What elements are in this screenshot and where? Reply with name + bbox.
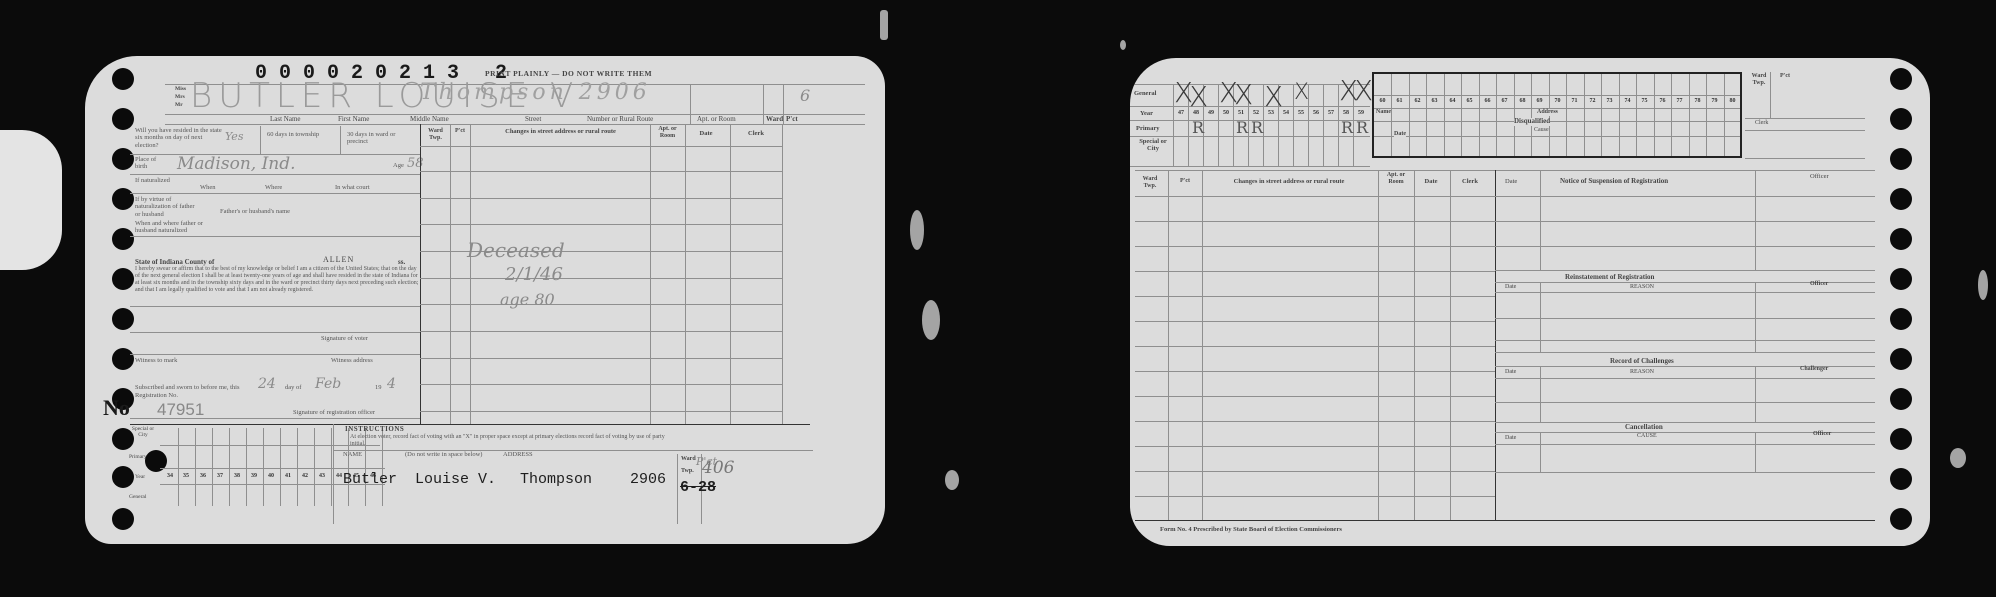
rule <box>160 445 380 446</box>
box-label-cause: Cause <box>1534 127 1549 134</box>
rule <box>348 428 349 506</box>
back-year: 55 <box>1294 110 1308 116</box>
rule <box>1135 170 1875 171</box>
back-ward-twp: Ward Twp. <box>1748 73 1770 86</box>
back-year: 71 <box>1566 98 1583 104</box>
rule <box>1202 170 1203 520</box>
rule <box>677 454 678 524</box>
rule <box>420 304 782 305</box>
rule <box>1374 95 1740 96</box>
punch-hole <box>1890 348 1912 370</box>
cancellation-cause-label: CAUSE <box>1637 433 1657 440</box>
handwritten-street: Thompson 2906 <box>420 80 651 105</box>
rule <box>333 424 334 524</box>
oath-text: I hereby swear or affirm that to the bes… <box>135 266 420 294</box>
punch-hole <box>112 466 134 488</box>
reg-no-label: Registration No. <box>135 392 178 399</box>
back-year: 60 <box>1374 98 1391 104</box>
change-header-pct: P'ct <box>451 128 469 135</box>
vote-year: 35 <box>179 473 193 479</box>
rule <box>1495 352 1875 353</box>
rule <box>1745 158 1865 159</box>
birth-value: Madison, Ind. <box>177 154 296 174</box>
rule <box>130 332 420 333</box>
back-year: 79 <box>1706 98 1723 104</box>
rule <box>1495 444 1875 445</box>
punch-hole <box>112 188 134 210</box>
note-deceased: Deceased <box>467 238 565 262</box>
challenges-title: Record of Challenges <box>1610 358 1674 366</box>
rule <box>1135 246 1495 247</box>
rule <box>229 428 230 506</box>
cancellation-date-label: Date <box>1505 435 1516 442</box>
naturalized-court: In what court <box>335 184 370 191</box>
rule <box>1391 74 1392 156</box>
rule <box>420 198 782 199</box>
rule <box>130 424 810 425</box>
change-header-date: Date <box>686 130 726 137</box>
naturalized-where: Where <box>265 184 282 191</box>
rule <box>1135 321 1495 322</box>
sworn-month: Feb <box>315 376 341 392</box>
rule <box>420 124 421 424</box>
rule <box>1444 74 1445 156</box>
vote-mark: X <box>1294 80 1309 105</box>
back-year: 72 <box>1584 98 1601 104</box>
rule <box>1374 136 1740 137</box>
rule <box>1495 270 1875 271</box>
grid-row-year: Year <box>1140 110 1153 117</box>
prefix-miss: Miss <box>175 86 186 92</box>
rule <box>212 428 213 506</box>
rule <box>1514 74 1515 156</box>
back-year: 61 <box>1391 98 1408 104</box>
sworn-year: 4 <box>387 376 396 392</box>
age-label: Age <box>393 162 404 169</box>
back-clerk: Clerk <box>1755 120 1768 127</box>
vote-year: 42 <box>298 473 312 479</box>
sworn-label: Subscribed and sworn to before me, this <box>135 384 240 391</box>
label-middle-name: Middle Name <box>410 116 449 124</box>
punch-hole <box>1890 228 1912 250</box>
grid-row-primary: Primary <box>1136 125 1159 132</box>
rule <box>1495 472 1875 473</box>
cancellation-officer-label: Officer <box>1813 431 1831 438</box>
back-year: 62 <box>1409 98 1426 104</box>
rule <box>763 84 764 124</box>
rule <box>1654 74 1655 156</box>
rule <box>314 428 315 506</box>
reinstatement-date-label: Date <box>1505 284 1516 291</box>
label-ward: Ward <box>766 116 783 124</box>
punch-hole <box>1890 508 1912 530</box>
rule <box>1374 121 1740 122</box>
rule <box>420 331 782 332</box>
film-speck <box>1950 448 1966 468</box>
rule <box>1495 221 1875 222</box>
rule <box>263 428 264 506</box>
box-label-date: Date <box>1394 131 1406 138</box>
rule <box>1495 340 1875 341</box>
rule <box>1706 74 1707 156</box>
sworn-day-of: day of <box>285 384 301 391</box>
grid-row-special: Special or City <box>1134 138 1172 152</box>
rule <box>690 84 691 124</box>
reg-no-prefix: No <box>103 396 130 420</box>
sworn-day: 24 <box>258 376 276 392</box>
father-when-label: When and where father or husband natural… <box>135 220 215 235</box>
challenges-date-label: Date <box>1505 369 1516 376</box>
punch-hole <box>1890 188 1912 210</box>
grid-row-general: General <box>1134 90 1156 97</box>
registration-card-back: General Year Primary Special or City 47 … <box>1130 58 1930 546</box>
change-header-clerk: Clerk <box>731 130 781 137</box>
vote-row-year: Year <box>135 474 145 480</box>
primary-mark: R <box>1341 118 1353 137</box>
bottom-address-label: ADDRESS <box>503 451 533 458</box>
punch-hole <box>1890 468 1912 490</box>
label-street: Street <box>525 116 541 124</box>
back-year: 80 <box>1724 98 1741 104</box>
rule <box>1135 196 1875 197</box>
typed-first-name: Louise V. <box>415 471 496 488</box>
back-change-header-ward: Ward Twp. <box>1136 176 1164 189</box>
rule <box>1495 170 1496 520</box>
rule <box>1135 271 1495 272</box>
primary-mark: R <box>1192 118 1204 137</box>
rule <box>178 428 179 506</box>
punch-hole <box>112 108 134 130</box>
rule <box>1755 170 1756 270</box>
rule <box>783 84 784 124</box>
punch-hole <box>1890 308 1912 330</box>
rule <box>1135 421 1495 422</box>
back-year: 65 <box>1461 98 1478 104</box>
rule <box>1135 471 1495 472</box>
film-speck <box>910 210 924 250</box>
rule <box>420 358 782 359</box>
back-change-header-address: Changes in street address or rural route <box>1204 178 1374 185</box>
rule <box>1540 170 1541 270</box>
punch-hole <box>112 68 134 90</box>
rule <box>195 428 196 506</box>
rule <box>1378 170 1379 520</box>
punch-hole <box>1890 388 1912 410</box>
back-change-header-pct: P'ct <box>1170 178 1200 185</box>
registration-card-front: 000020213 2 PRINT PLAINLY — DO NOT WRITE… <box>85 56 885 544</box>
sworn-year-prefix: 19 <box>375 384 382 391</box>
box-label-name: Name <box>1376 109 1391 116</box>
punch-hole <box>112 308 134 330</box>
back-year: 63 <box>1426 98 1443 104</box>
prefix-mrs: Mrs <box>175 94 185 100</box>
rule <box>1479 74 1480 156</box>
rule <box>1409 74 1410 156</box>
rule <box>1495 402 1875 403</box>
rule <box>420 278 782 279</box>
punch-hole <box>1890 268 1912 290</box>
rule <box>130 174 420 175</box>
rule <box>260 126 261 154</box>
ward-precinct-label: 30 days in ward or precinct <box>347 131 417 146</box>
rule <box>1755 366 1756 422</box>
rule <box>130 354 420 355</box>
rule <box>130 418 420 419</box>
rule <box>297 428 298 506</box>
rule <box>420 146 782 147</box>
back-pct: P'ct <box>1780 73 1790 80</box>
cancellation-title: Cancellation <box>1625 424 1663 432</box>
back-year: 70 <box>1549 98 1566 104</box>
rule <box>1168 170 1169 520</box>
prefix-mr: Mr <box>175 102 183 108</box>
rule <box>160 468 385 469</box>
back-year: 78 <box>1689 98 1706 104</box>
film-speck <box>1978 270 1988 300</box>
reinstatement-officer-label: Officer <box>1810 281 1828 288</box>
rule <box>1755 432 1756 472</box>
bottom-name-label: NAME <box>343 451 362 458</box>
vote-year: 38 <box>230 473 244 479</box>
vote-year: 39 <box>247 473 261 479</box>
punch-hole <box>112 148 134 170</box>
back-year: 76 <box>1654 98 1671 104</box>
rule <box>1540 432 1541 472</box>
signature-voter-label: Signature of voter <box>321 335 368 342</box>
virtue-label: If by virtue of naturalization of father… <box>135 196 200 218</box>
vote-year: 36 <box>196 473 210 479</box>
vote-year: 34 <box>163 473 177 479</box>
vote-mark: X <box>1189 80 1208 113</box>
rule <box>1130 120 1370 121</box>
rule <box>1461 74 1462 156</box>
rule <box>1671 74 1672 156</box>
rule <box>1619 74 1620 156</box>
vote-row-primary: Primary <box>129 454 147 460</box>
bottom-ward-label: Ward <box>681 456 696 463</box>
back-year: 64 <box>1444 98 1461 104</box>
rule <box>1135 396 1495 397</box>
rule <box>1135 346 1495 347</box>
back-year: 59 <box>1354 110 1368 116</box>
back-year: 67 <box>1496 98 1513 104</box>
rule <box>1601 74 1602 156</box>
age-value: 58 <box>407 156 424 171</box>
vote-year: 37 <box>213 473 227 479</box>
rule <box>130 306 420 307</box>
punch-hole <box>1890 148 1912 170</box>
suspension-officer-label: Officer <box>1810 173 1829 180</box>
film-speck <box>880 10 888 40</box>
rule <box>730 124 731 424</box>
back-year: 50 <box>1219 110 1233 116</box>
punch-hole <box>112 268 134 290</box>
rule <box>165 124 865 125</box>
handwritten-pct: 406 <box>702 458 734 478</box>
naturalized-when: When <box>200 184 216 191</box>
note-date: 2/1/46 <box>505 264 563 285</box>
punch-hole <box>112 228 134 250</box>
film-speck <box>922 300 940 340</box>
birth-label: Place of birth <box>135 156 165 171</box>
label-pct: P'ct <box>786 116 798 124</box>
challenger-label: Challenger <box>1800 366 1828 373</box>
rule <box>782 124 783 424</box>
film-artifact <box>0 130 62 270</box>
residence-answer: Yes <box>225 130 243 143</box>
rule <box>1495 422 1875 423</box>
rule <box>331 428 332 506</box>
witness-address-label: Witness address <box>331 357 373 364</box>
rule <box>1495 378 1875 379</box>
rule <box>450 124 451 424</box>
change-header-apt: Apt. or Room <box>651 126 684 139</box>
back-year: 56 <box>1309 110 1323 116</box>
rule <box>1135 520 1875 521</box>
rule <box>340 126 341 154</box>
rule <box>1130 136 1370 137</box>
county-value: ALLEN <box>323 256 354 265</box>
primary-mark: R <box>1356 118 1368 137</box>
rule <box>685 124 686 424</box>
father-name-label: Father's or husband's name <box>220 208 290 215</box>
reinstatement-reason-label: REASON <box>1630 284 1654 291</box>
rule <box>1135 446 1495 447</box>
rule <box>1745 130 1865 131</box>
rule <box>1496 74 1497 156</box>
vote-year: 40 <box>264 473 278 479</box>
rule <box>280 428 281 506</box>
back-year: 57 <box>1324 110 1338 116</box>
rule <box>470 124 471 424</box>
back-year: 73 <box>1601 98 1618 104</box>
reinstatement-title: Reinstatement of Registration <box>1565 274 1654 282</box>
back-year: 69 <box>1531 98 1548 104</box>
change-header-address: Changes in street address or rural route <box>473 128 648 135</box>
box-label-address: Address <box>1537 109 1558 116</box>
primary-mark: R <box>1251 118 1263 137</box>
back-year: 66 <box>1479 98 1496 104</box>
change-header-ward: Ward Twp. <box>423 128 448 141</box>
typed-ward-struck: 6-28 <box>680 479 716 496</box>
vote-row-special: Special or City <box>127 426 159 438</box>
township-label: 60 days in township <box>267 131 327 138</box>
back-year: 68 <box>1514 98 1531 104</box>
punch-hole <box>112 348 134 370</box>
punch-hole <box>1890 428 1912 450</box>
residence-question: Will you have resided in the state six m… <box>135 127 225 149</box>
instructions-title: INSTRUCTIONS <box>345 426 404 434</box>
rule <box>420 171 782 172</box>
suspension-title: Notice of Suspension of Registration <box>1560 178 1668 186</box>
film-speck <box>945 470 959 490</box>
rule <box>420 411 782 412</box>
reg-no-value: 47951 <box>157 401 204 420</box>
rule <box>1426 74 1427 156</box>
vote-year: 41 <box>281 473 295 479</box>
vote-row-general: General <box>129 494 146 500</box>
rule <box>1130 166 1370 167</box>
box-label-disqualified: Disqualified <box>1514 118 1550 126</box>
challenges-reason-label: REASON <box>1630 369 1654 376</box>
instructions-text: At election voter, record fact of voting… <box>350 434 680 448</box>
rule <box>1724 74 1725 156</box>
rule <box>1531 74 1532 156</box>
rule <box>1135 371 1495 372</box>
label-first-name: First Name <box>338 116 369 124</box>
rule <box>1495 246 1875 247</box>
back-change-header-apt: Apt. or Room <box>1380 172 1412 185</box>
rule <box>1135 496 1495 497</box>
vote-year: 43 <box>315 473 329 479</box>
label-apt: Apt. or Room <box>697 116 736 124</box>
bottom-twp-label: Twp. <box>681 468 694 475</box>
back-year: 74 <box>1619 98 1636 104</box>
back-year: 75 <box>1636 98 1653 104</box>
label-last-name: Last Name <box>270 116 301 124</box>
rule <box>246 428 247 506</box>
back-year: 77 <box>1671 98 1688 104</box>
rule <box>1135 221 1495 222</box>
rule <box>130 193 420 194</box>
rule <box>1450 170 1451 520</box>
typed-number: 2906 <box>630 471 666 488</box>
rule <box>1135 296 1495 297</box>
back-change-header-date: Date <box>1415 178 1447 185</box>
typed-last-name: Butler <box>343 471 397 488</box>
label-number: Number or Rural Route <box>587 116 653 124</box>
film-speck <box>1120 40 1126 50</box>
rule <box>1495 292 1875 293</box>
bottom-note: (Do not write in space below) <box>405 451 482 458</box>
rule <box>1495 318 1875 319</box>
rule <box>1540 366 1541 422</box>
officer-label: Signature of registration officer <box>293 409 375 416</box>
punch-hole <box>1890 108 1912 130</box>
rule <box>420 224 782 225</box>
suspension-date-label: Date <box>1505 178 1517 185</box>
rule <box>650 124 651 424</box>
punch-hole <box>112 508 134 530</box>
punch-hole <box>1890 68 1912 90</box>
vote-mark: X <box>1264 80 1283 113</box>
vote-mark: X <box>1354 74 1373 107</box>
form-footer: Form No. 4 Prescribed by State Board of … <box>1160 526 1342 533</box>
back-change-header-clerk: Clerk <box>1452 178 1488 185</box>
rule <box>130 236 420 237</box>
note-age: age 80 <box>500 290 555 309</box>
rule <box>1636 74 1637 156</box>
witness-label: Witness to mark <box>135 357 177 364</box>
vote-mark: X <box>1234 78 1253 111</box>
handwritten-ward: 6 <box>800 86 810 105</box>
rule <box>420 384 782 385</box>
rule <box>1414 170 1415 520</box>
rule <box>1566 74 1567 156</box>
rule <box>1323 84 1324 166</box>
primary-mark: R <box>1236 118 1248 137</box>
rule <box>1745 118 1865 119</box>
naturalized-label: If naturalized <box>135 177 175 184</box>
rule <box>1584 74 1585 156</box>
rule <box>1770 72 1771 118</box>
typed-street: Thompson <box>520 471 592 488</box>
back-year: 58 <box>1339 110 1353 116</box>
rule <box>1689 74 1690 156</box>
back-year: 47 <box>1174 110 1188 116</box>
